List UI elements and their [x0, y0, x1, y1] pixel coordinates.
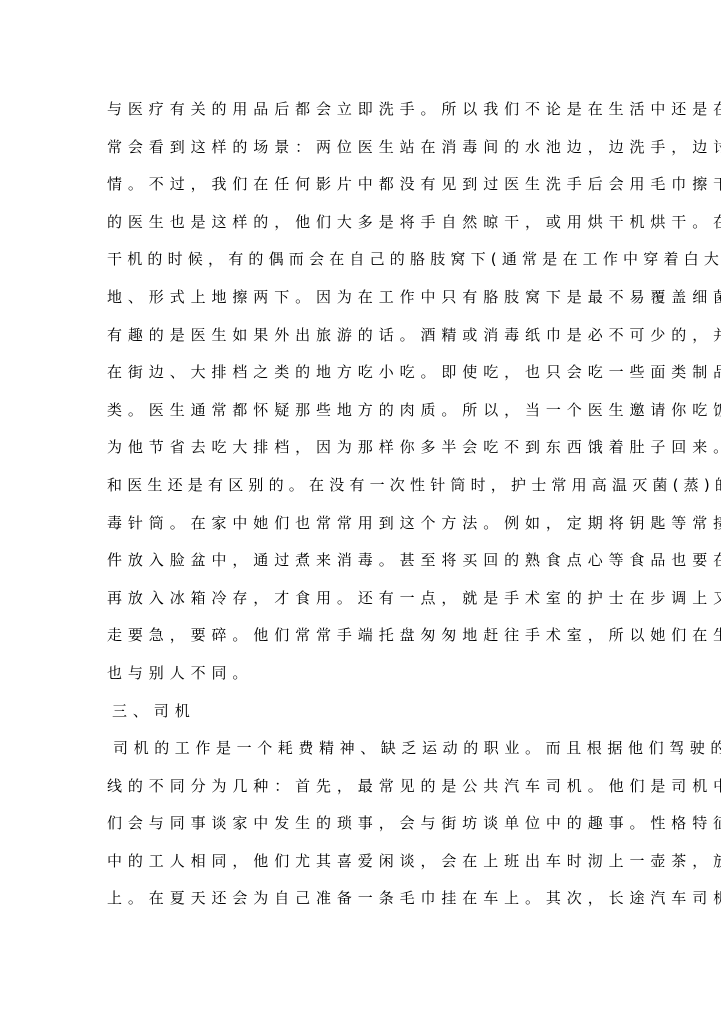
paragraph-line: 情。不过，我们在任何影片中都没有见到过医生洗手后会用毛巾擦干。而生活中	[107, 166, 617, 204]
paragraph-line: 在街边、大排档之类的地方吃小吃。即使吃，也只会吃一些面类制品，不会吃肉	[107, 354, 617, 392]
paragraph-line: 地、形式上地擦两下。因为在工作中只有胳肢窝下是最不易覆盖细菌的地方。最	[107, 279, 617, 317]
paragraph-line: 干机的时候，有的偶而会在自己的胳肢窝下(通常是在工作中穿着白大褂时)草草	[107, 241, 617, 279]
paragraph-line: 也与别人不同。	[107, 655, 617, 693]
paragraph-line: 中的工人相同，他们尤其喜爱闲谈，会在上班出车时沏上一壶茶，放在自己的车	[107, 843, 617, 881]
paragraph-line: 件放入脸盆中，通过煮来消毒。甚至将买回的熟食点心等食品也要在上锅蒸过后	[107, 542, 617, 580]
document-page: 与医疗有关的用品后都会立即洗手。所以我们不论是在生活中还是在影片中都经 常会看到…	[107, 91, 617, 918]
paragraph-line: 线的不同分为几种：首先，最常见的是公共汽车司机。他们是司机中的基层，他	[107, 768, 617, 806]
paragraph-line: 毒针筒。在家中她们也常常用到这个方法。例如，定期将钥匙等常接触户外的物	[107, 505, 617, 543]
section-heading: 三、司机	[107, 693, 617, 731]
paragraph-line: 与医疗有关的用品后都会立即洗手。所以我们不论是在生活中还是在影片中都经	[107, 91, 617, 129]
paragraph-line: 们会与同事谈家中发生的琐事，会与街坊谈单位中的趣事。性格特征与其它行业	[107, 805, 617, 843]
paragraph-line: 的医生也是这样的，他们大多是将手自然晾干，或用烘干机烘干。在过去没有烘	[107, 204, 617, 242]
paragraph-line: 司机的工作是一个耗费精神、缺乏运动的职业。而且根据他们驾驶的车型和路	[107, 730, 617, 768]
paragraph-line: 走要急，要碎。他们常常手端托盘匆匆地赶往手术室，所以她们在生活中的步子	[107, 617, 617, 655]
paragraph-line: 常会看到这样的场景：两位医生站在消毒间的水池边，边洗手，边讨论患者的病	[107, 129, 617, 167]
paragraph-line: 再放入冰箱冷存，才食用。还有一点，就是手术室的护士在步调上又比其他护士	[107, 580, 617, 618]
paragraph-line: 有趣的是医生如果外出旅游的话。酒精或消毒纸巾是必不可少的，并且轻易不会	[107, 317, 617, 355]
paragraph-line: 和医生还是有区别的。在没有一次性针筒时，护士常用高温灭菌(蒸)的办法来消	[107, 467, 617, 505]
paragraph-line: 为他节省去吃大排档，因为那样你多半会吃不到东西饿着肚子回来。不过，护士	[107, 429, 617, 467]
paragraph-line: 类。医生通常都怀疑那些地方的肉质。所以，当一个医生邀请你吃饭时，千万别	[107, 392, 617, 430]
paragraph-line: 上。在夏天还会为自己准备一条毛巾挂在车上。其次，长途汽车司机。由于经常	[107, 880, 617, 918]
